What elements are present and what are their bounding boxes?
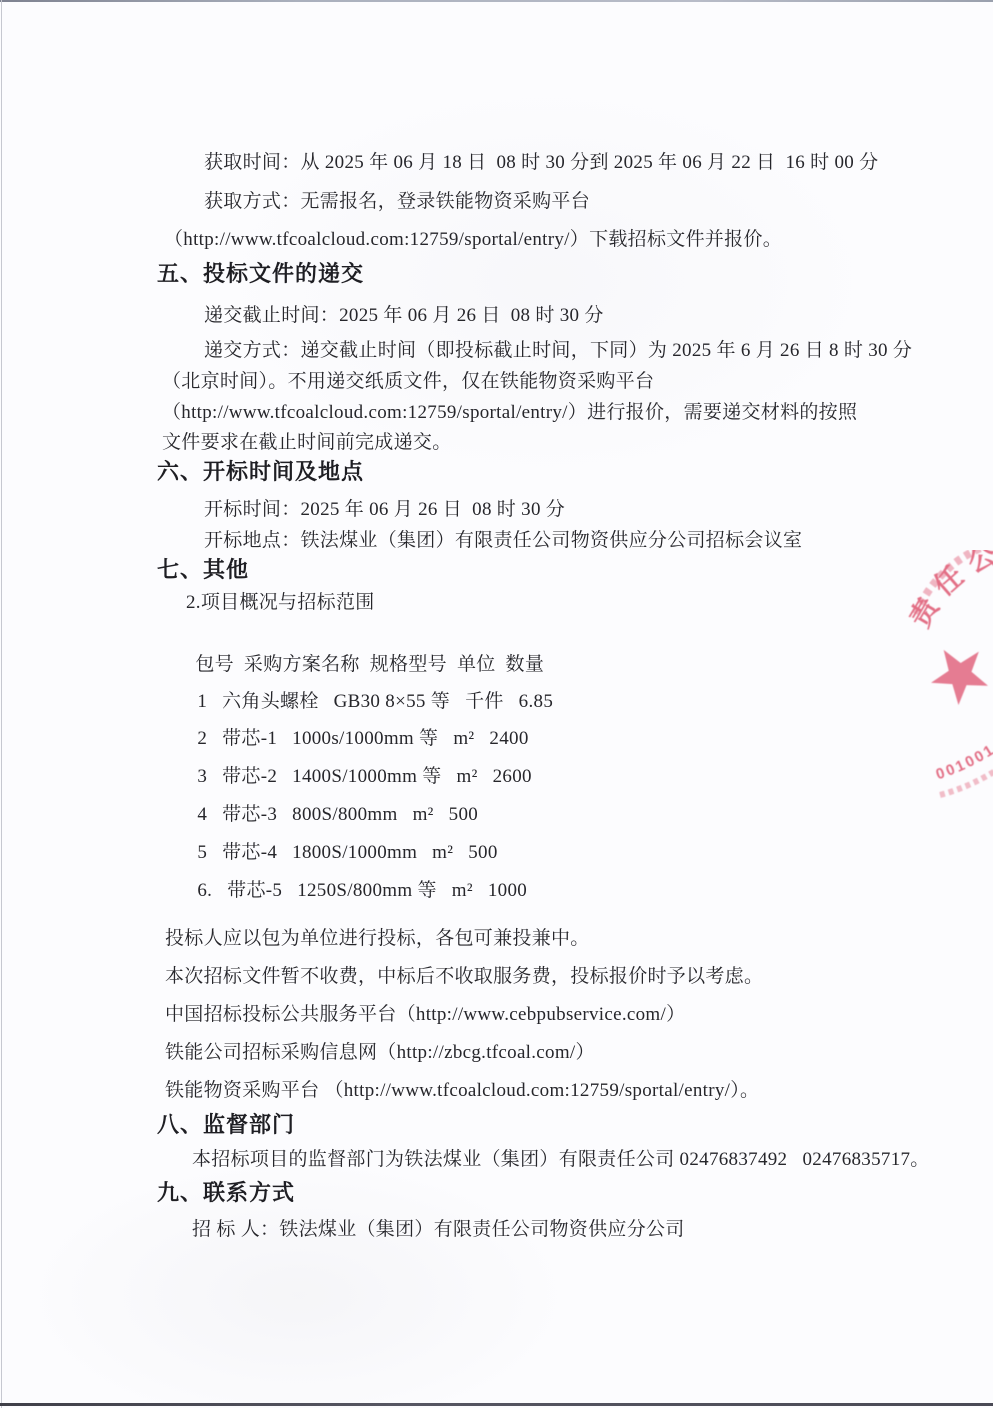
stamp-star-icon — [920, 634, 993, 711]
section-8-heading: 八、监督部门 — [157, 1112, 295, 1138]
paragraph-line: 开标地点：铁法煤业（集团）有限责任公司物资供应分公司招标会议室 — [204, 528, 802, 554]
section-7-heading: 七、其他 — [157, 557, 249, 583]
section-5-heading: 五、投标文件的递交 — [157, 261, 364, 287]
table-row: 6.带芯-51250S/800mm 等m²1000 — [167, 852, 527, 930]
note-line-url: 中国招标投标公共服务平台（http://www.cebpubservice.co… — [165, 1002, 685, 1028]
paragraph-line: 本招标项目的监督部门为铁法煤业（集团）有限责任公司 02476837492 02… — [192, 1147, 930, 1173]
stamp-arc-text: 责任公 — [904, 550, 993, 633]
paragraph-line: 获取时间：从 2025 年 06 月 18 日 08 时 30 分到 2025 … — [204, 150, 878, 176]
paragraph-line: 递交截止时间：2025 年 06 月 26 日 08 时 30 分 — [204, 303, 604, 329]
paragraph-line: 文件要求在截止时间前完成递交。 — [162, 430, 452, 456]
stamp-serial-number: 001001 — [934, 741, 993, 784]
paragraph-line: 获取方式：无需报名，登录铁能物资采购平台 — [204, 189, 590, 215]
stamp-lower-ring-marks — [940, 764, 993, 795]
scan-top-edge — [0, 0, 993, 2]
document-page: 获取时间：从 2025 年 06 月 18 日 08 时 30 分到 2025 … — [0, 0, 993, 1408]
official-seal-stamp: 责任公 001001 — [860, 550, 993, 830]
stamp-outer-ring-marks — [916, 550, 993, 614]
scan-bottom-edge — [0, 1403, 993, 1406]
paragraph-line-url: （http://www.tfcoalcloud.com:12759/sporta… — [164, 227, 782, 253]
section-7-subtitle: 2.项目概况与招标范围 — [186, 590, 375, 616]
note-line-url: 铁能公司招标采购信息网（http://zbcg.tfcoal.com/） — [165, 1040, 595, 1066]
paragraph-line: 招 标 人：铁法煤业（集团）有限责任公司物资供应分公司 — [192, 1217, 685, 1243]
paragraph-line: （北京时间）。不用递交纸质文件，仅在铁能物资采购平台 — [162, 369, 654, 395]
note-line: 投标人应以包为单位进行投标，各包可兼投兼中。 — [165, 926, 590, 952]
section-9-heading: 九、联系方式 — [157, 1180, 295, 1206]
paragraph-line-url: （http://www.tfcoalcloud.com:12759/sporta… — [162, 400, 857, 426]
paragraph-line: 开标时间：2025 年 06 月 26 日 08 时 30 分 — [204, 497, 565, 523]
scan-left-edge — [1, 0, 2, 1408]
section-6-heading: 六、开标时间及地点 — [157, 459, 364, 485]
note-line: 本次招标文件暂不收费，中标后不收取服务费，投标报价时予以考虑。 — [165, 964, 763, 990]
paragraph-line: 递交方式：递交截止时间（即投标截止时间，下同）为 2025 年 6 月 26 日… — [204, 338, 912, 364]
note-line-url: 铁能物资采购平台 （http://www.tfcoalcloud.com:127… — [165, 1078, 759, 1104]
